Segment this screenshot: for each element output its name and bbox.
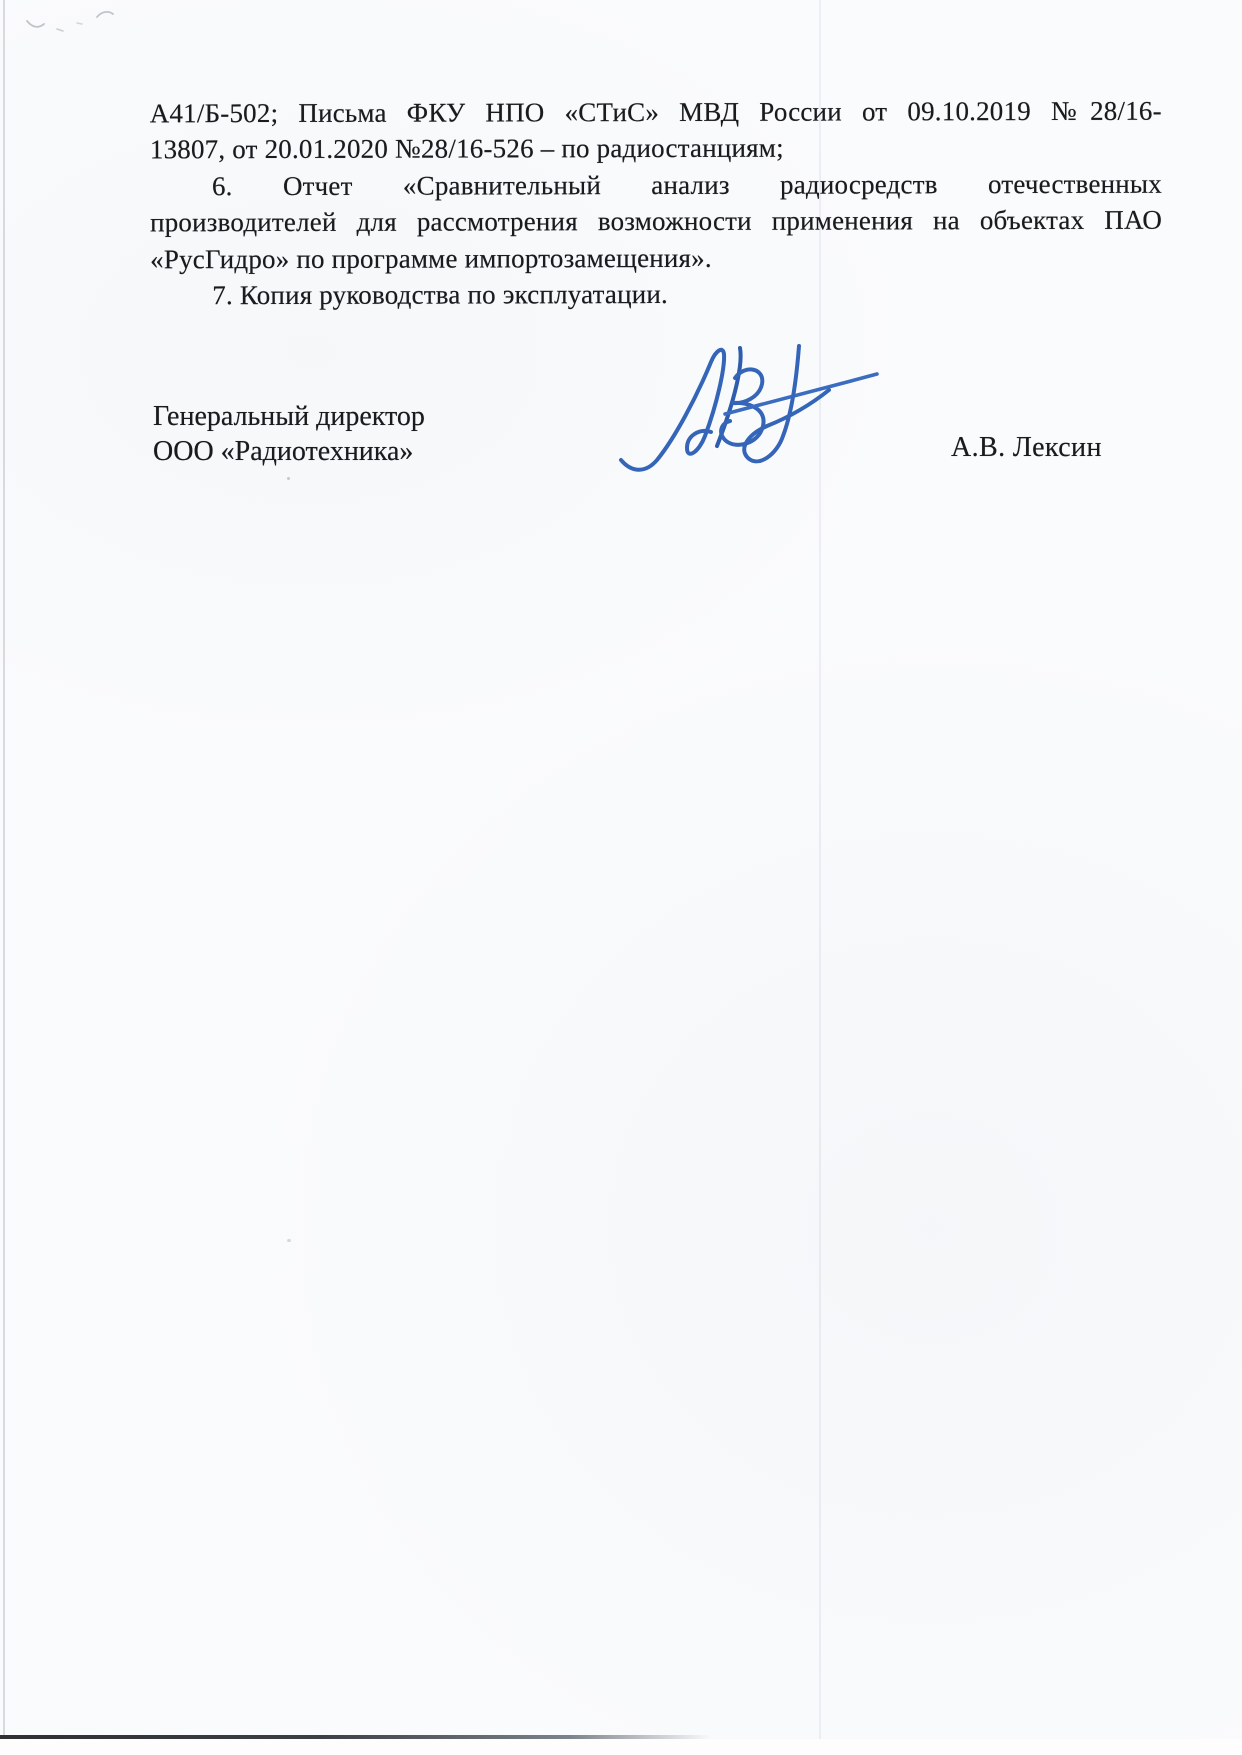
scan-speck — [287, 1239, 291, 1242]
signer-title: Генеральный директор ООО «Радиотехника» — [153, 399, 425, 469]
letter-body: А41/Б-502; Письма ФКУ НПО «СТиС» МВД Рос… — [150, 93, 1163, 314]
body-line: А41/Б-502; Письма ФКУ НПО «СТиС» МВД Рос… — [150, 93, 1162, 132]
scan-left-edge — [3, 0, 5, 1755]
scan-speck — [287, 477, 290, 480]
signer-title-line1: Генеральный директор — [153, 399, 425, 434]
signer-title-line2: ООО «Радиотехника» — [153, 434, 425, 469]
body-line: 13807, от 20.01.2020 №28/16-526 – по рад… — [150, 129, 1162, 168]
signer-name: А.В. Лексин — [951, 432, 1102, 464]
scanned-letter-page: А41/Б-502; Письма ФКУ НПО «СТиС» МВД Рос… — [0, 0, 1242, 1755]
signature-ink — [585, 290, 890, 485]
pencil-marks — [5, 5, 145, 45]
body-line: «РусГидро» по программе импортозамещения… — [150, 238, 1162, 277]
body-line-item-6: 6. Отчет «Сравнительный анализ радиосред… — [150, 165, 1162, 204]
scan-bottom-strip — [0, 1739, 1242, 1755]
body-line: производителей для рассмотрения возможно… — [150, 202, 1162, 241]
